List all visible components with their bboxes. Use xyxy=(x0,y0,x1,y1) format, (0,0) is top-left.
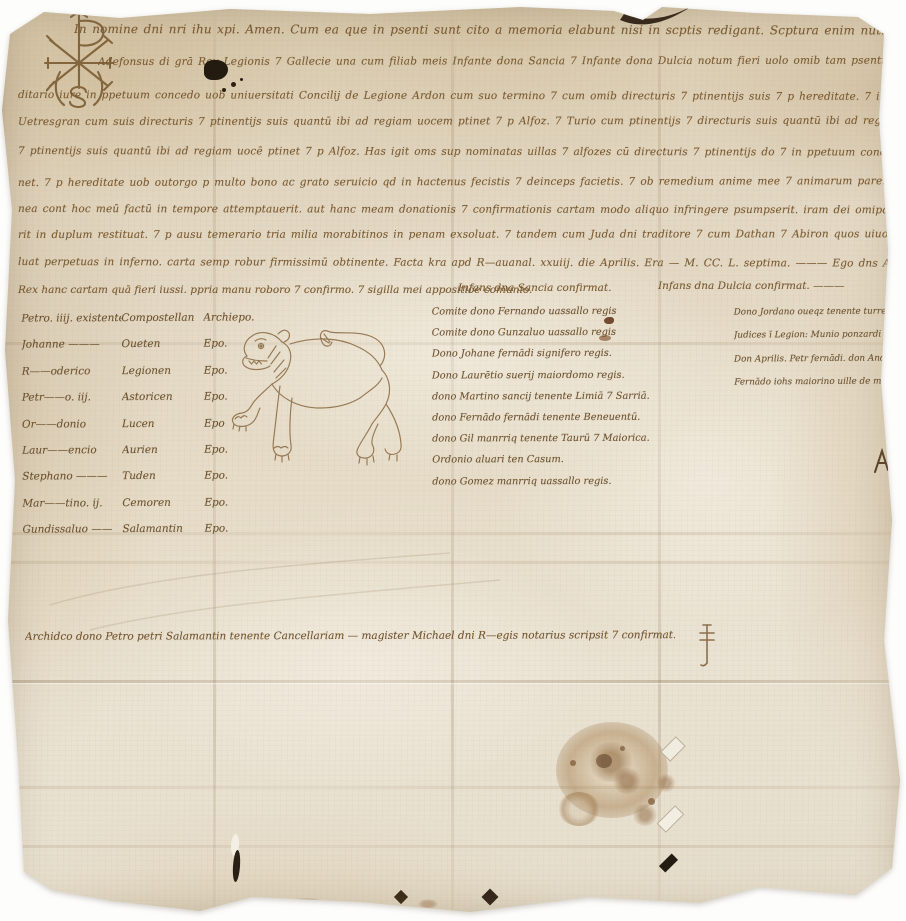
edge-vignette xyxy=(0,0,906,921)
stain xyxy=(283,898,329,916)
charter-photograph: In nomine dni nri ihu xpi. Amen. Cum ea … xyxy=(0,0,906,921)
stain xyxy=(543,903,571,915)
parchment-wrap: In nomine dni nri ihu xpi. Amen. Cum ea … xyxy=(0,0,906,921)
parchment: In nomine dni nri ihu xpi. Amen. Cum ea … xyxy=(0,0,906,921)
